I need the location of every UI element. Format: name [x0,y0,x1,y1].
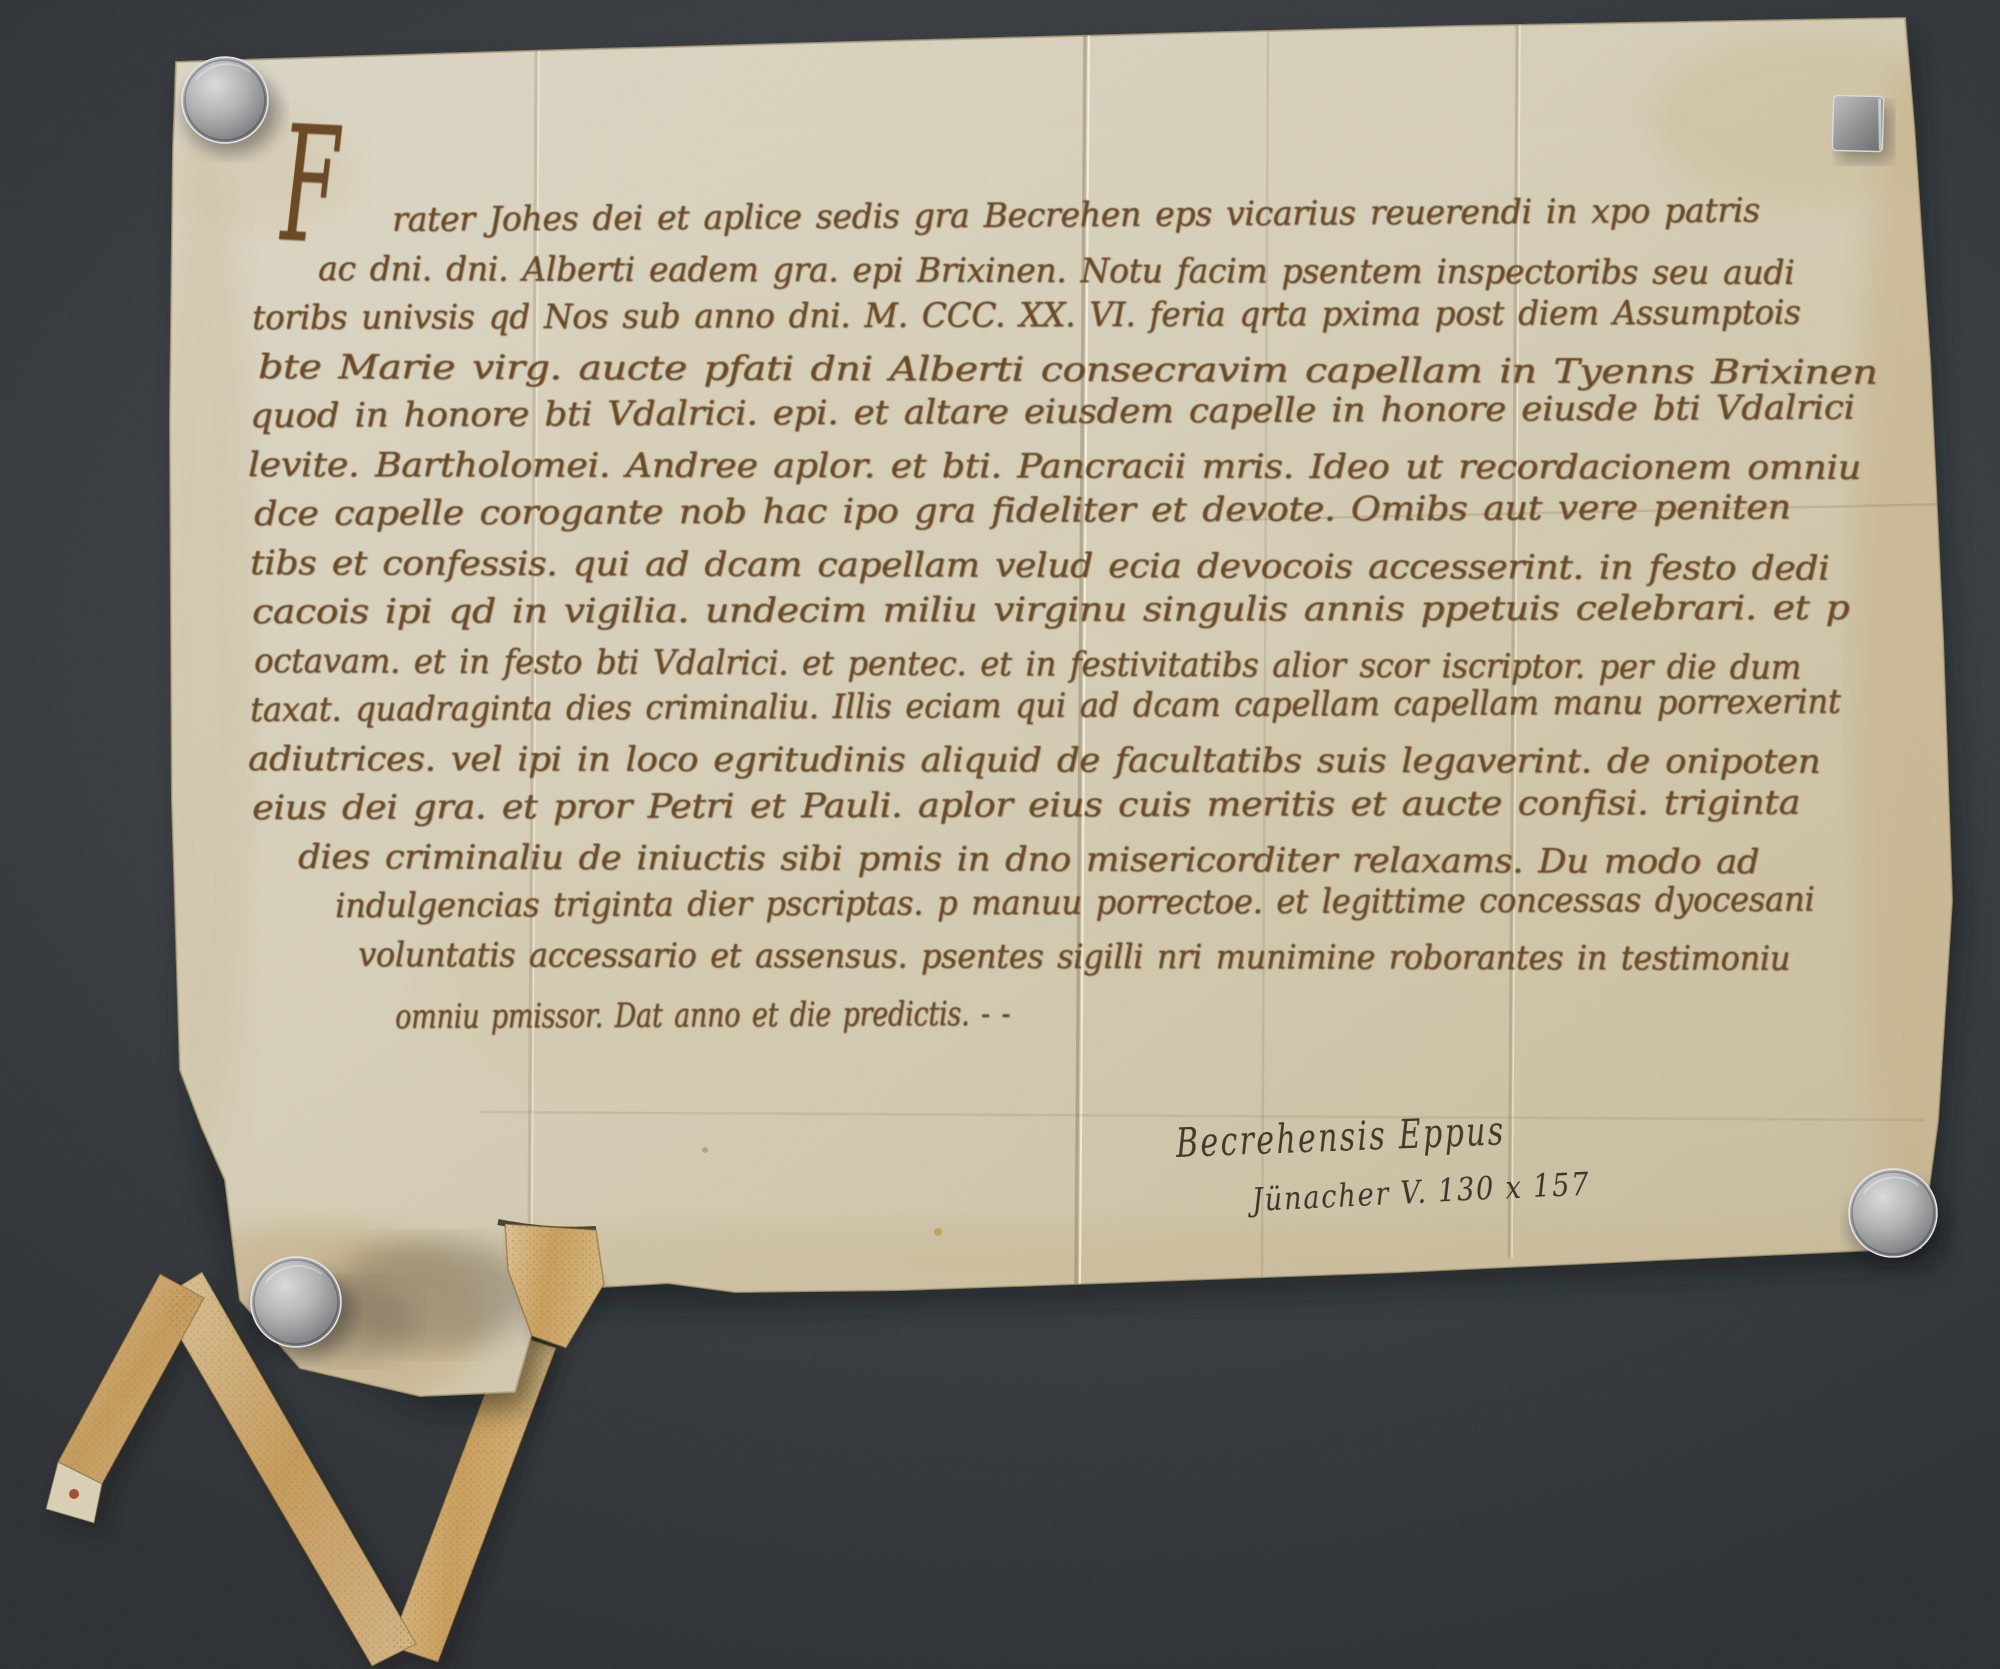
charter-text-line: omniu pmissor. Dat anno et die predictis… [395,996,1169,1034]
charter-text-line: octavam. et in festo bti Vdalrici. et pe… [254,644,1882,685]
charter-text-line: tibs et confessis. qui ad dcam capellam … [250,546,1740,585]
charter-text-line: dce capelle corogante nob hac ipo gra fi… [254,491,1686,531]
charter-text-line: indulgencias triginta dier pscriptas. p … [335,882,1894,923]
charter-text-line: cacois ipi qd in vigilia. undecim miliu … [252,591,1694,629]
charter-text-line: voluntatis accessario et assensus. psent… [358,938,1881,976]
charter-text-line: quod in honore bti Vdalrici. epi. et alt… [250,391,1775,433]
charter-text-line: taxat. quadraginta dies criminaliu. Illi… [250,684,1924,727]
archivist-shelfmark-note: Jünacher V. 130 x 157 [1251,1165,1649,1216]
charter-text-line: eius dei gra. et pror Petri et Pauli. ap… [252,786,1693,825]
archivist-attribution-note: Becrehensis Eppus [1175,1107,1614,1164]
charter-text-line: dies criminaliu de iniuctis sibi pmis in… [298,840,1706,879]
handwritten-text-layer: F rater Johes dei et aplice sedis gra Be… [0,0,2000,1669]
charter-text-line: rater Johes dei et aplice sedis gra Becr… [392,193,1799,237]
charter-text-line: bte Marie virg. aucte pfati dni Alberti … [258,350,1655,389]
photograph-of-medieval-charter: F rater Johes dei et aplice sedis gra Be… [0,0,2000,1669]
charter-text-line: toribs univsis qd Nos sub anno dni. M. C… [252,295,1858,335]
charter-text-line: ac dni. dni. Alberti eadem gra. epi Brix… [318,252,1840,290]
charter-text-line: adiutrices. vel ipi in loco egritudinis … [248,742,1755,779]
charter-text-line: levite. Bartholomei. Andree aplor. et bt… [248,448,1751,485]
illuminated-initial-letter: F [280,104,340,267]
